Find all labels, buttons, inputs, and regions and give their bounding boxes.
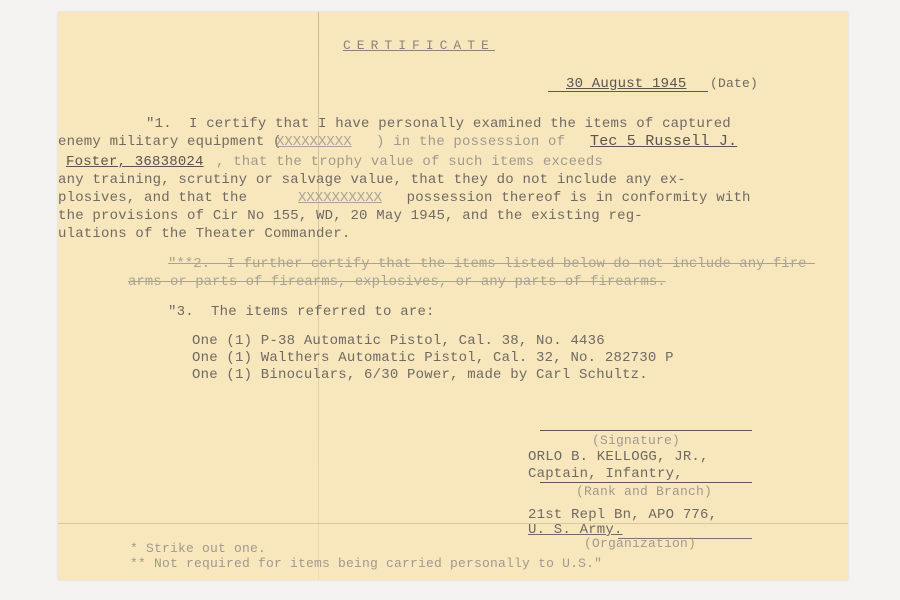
- para1-line6: the provisions of Cir No 155, WD, 20 May…: [58, 208, 643, 224]
- para1-line3-rest: , that the trophy value of such items ex…: [216, 154, 603, 170]
- para1-line1: "1. I certify that I have personally exa…: [146, 116, 731, 132]
- rank-line: [540, 482, 752, 483]
- para1-line5: plosives, and that the XXXXXXXXXX posses…: [58, 190, 848, 206]
- para1-line5-struck: XXXXXXXXXX: [298, 190, 382, 206]
- certificate-paper: CERTIFICATE 30 August 1945 (Date) "1. I …: [58, 12, 848, 580]
- signature-label: (Signature): [592, 433, 680, 449]
- para2-line1: "**2. I further certify that the items l…: [168, 256, 815, 272]
- fold-crease-vertical: [318, 12, 319, 580]
- para1-line2: enemy military equipment ( XXXXXXXXX ) i…: [58, 134, 848, 150]
- date-label: (Date): [710, 76, 758, 92]
- item-2: One (1) Walthers Automatic Pistol, Cal. …: [192, 350, 674, 366]
- soldier-name-serial: Foster, 36838024: [66, 154, 204, 170]
- para1-struck-text: XXXXXXXXX: [276, 134, 352, 150]
- para1-line5-start: plosives, and that the: [58, 190, 256, 206]
- para1-line5-rest: possession thereof is in conformity with: [398, 190, 751, 206]
- para1-line7: ulations of the Theater Commander.: [58, 226, 350, 242]
- signer-rank: Captain, Infantry,: [528, 466, 683, 482]
- soldier-name: Tec 5 Russell J.: [590, 134, 737, 150]
- date-underline: [548, 91, 708, 92]
- fold-crease-horizontal: [58, 523, 848, 524]
- para1-line2-mid: ) in the possession of: [376, 134, 574, 150]
- organization-line1: 21st Repl Bn, APO 776,: [528, 507, 717, 523]
- item-1: One (1) P-38 Automatic Pistol, Cal. 38, …: [192, 333, 605, 349]
- para1-line2-start: enemy military equipment (: [58, 134, 282, 150]
- signature-line: [540, 430, 752, 431]
- rank-label: (Rank and Branch): [576, 484, 712, 500]
- date-value: 30 August 1945: [566, 76, 686, 92]
- document-title: CERTIFICATE: [343, 38, 495, 54]
- footnote-2: ** Not required for items being carried …: [130, 556, 602, 572]
- item-3: One (1) Binoculars, 6/30 Power, made by …: [192, 367, 648, 383]
- para3-heading: "3. The items referred to are:: [168, 304, 435, 320]
- signer-name: ORLO B. KELLOGG, JR.,: [528, 449, 709, 465]
- para1-line4: any training, scrutiny or salvage value,…: [58, 172, 686, 188]
- organization-label: (Organization): [584, 536, 696, 552]
- para2-line2: arms or parts of firearms, explosives, o…: [128, 274, 666, 290]
- footnote-1: * Strike out one.: [130, 541, 266, 557]
